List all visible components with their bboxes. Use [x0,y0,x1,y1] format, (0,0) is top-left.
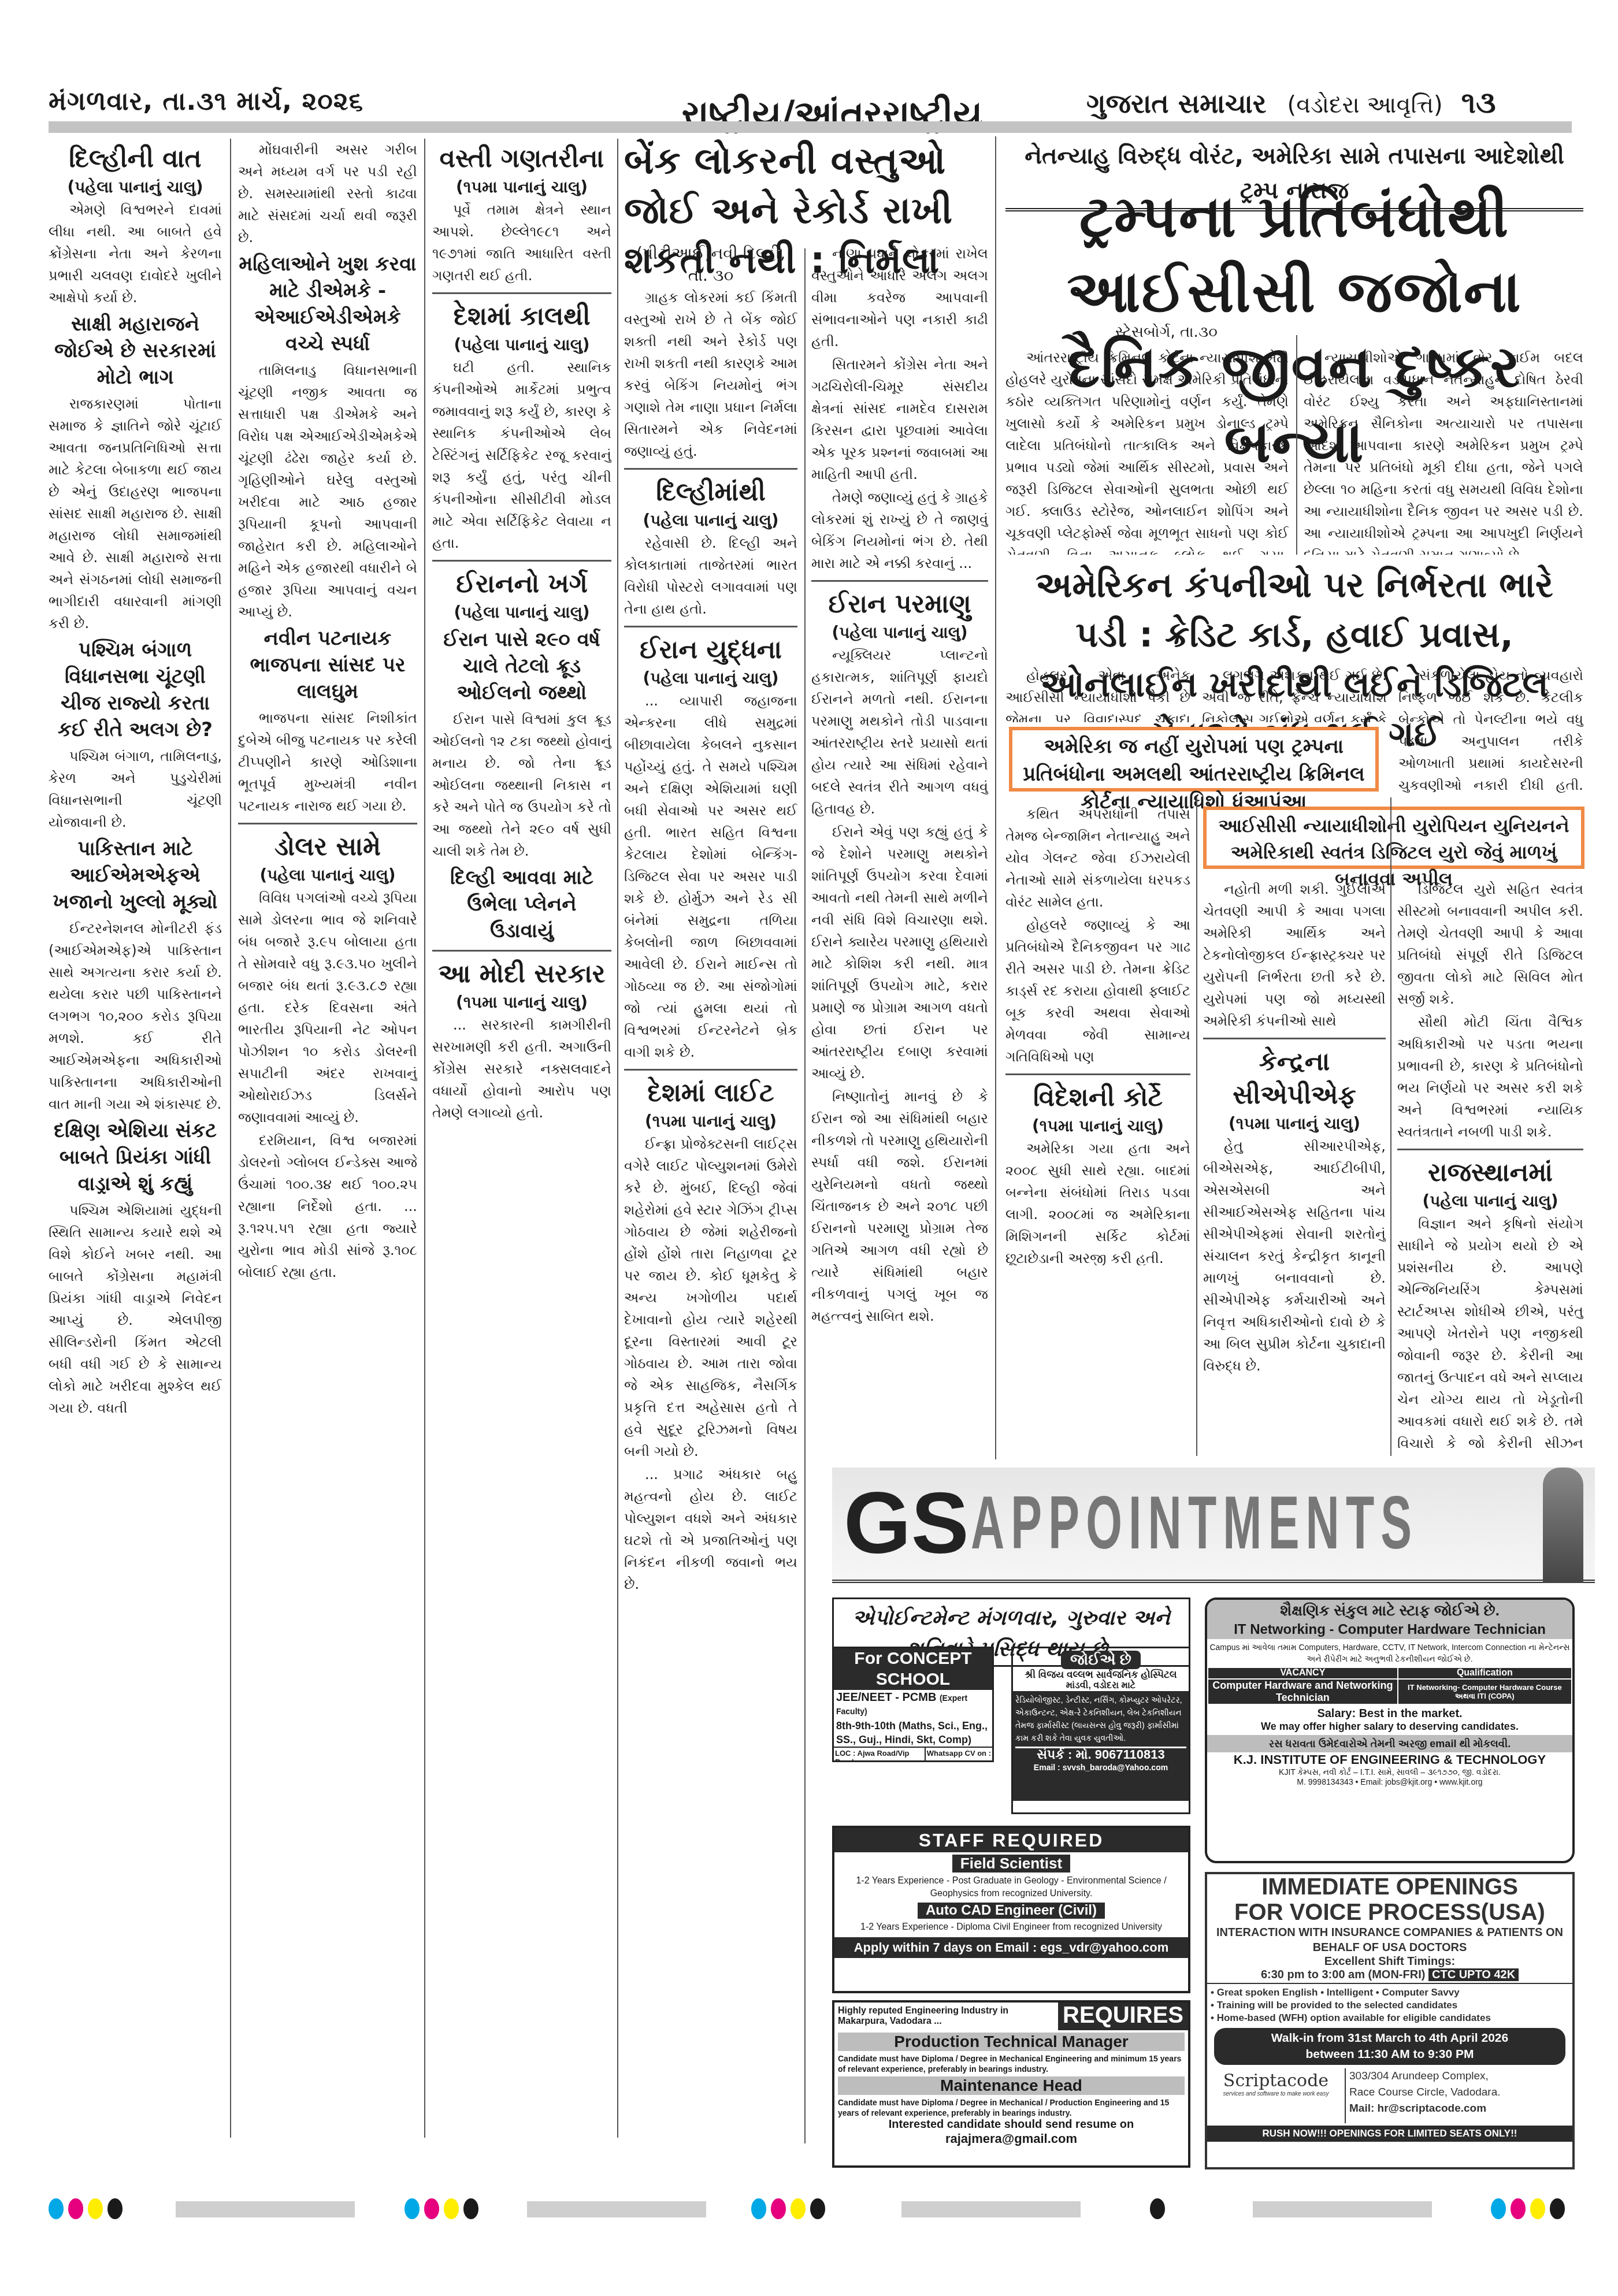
column-rule [1196,797,1197,1456]
paragraph: નાણા પ્રધાને લોકરમાં રાખેલ વસ્તુઓને આધાર… [811,243,988,352]
paragraph: રાજકારણમાં પોતાના સમાજ કે જ્ઞાતિને જોરે … [49,393,222,634]
ad-salary-note: We may offer higher salary to deserving … [1207,1721,1572,1733]
byline: (પીટીઆઈ)નવી દિલ્હી, તા. ૩૦ [624,243,797,287]
icc-col-a: હોહલર એવા અનેક આઈસીસી ન્યાયાધીશો પૈકી છે… [1005,664,1190,722]
registration-bar [901,2201,1081,2217]
ad-email[interactable]: rajajmera@gmail.com [834,2131,1188,2146]
subheading: સાક્ષી મહારાજને જોઈએ છે સરકારમાં મોટો ભા… [49,311,222,391]
walkin-box: Walk-in from 31st March to 4th April 202… [1214,2028,1565,2065]
ad-contact[interactable]: M. 9998134343 • Email: jobs@kjit.org • w… [1207,1777,1572,1786]
paragraph: સૌથી મોટી ચિંતા વૈશ્વિક અધિકારીઓ પર પડતા… [1397,1011,1583,1143]
story-title: વિદેશની કોર્ટે [1005,1081,1190,1114]
ad-title: For CONCEPT SCHOOL [834,1648,992,1690]
paragraph: કથિત અપરાધોની તપાસ તેમજ બેન્જામિન નેતાન્… [1005,803,1190,913]
table-cell: Computer Hardware and Networking Technic… [1208,1679,1398,1704]
ad-title: FOR VOICE PROCESS(USA) [1207,1900,1572,1925]
registration-bar [176,2201,355,2217]
ad-intro: Highly reputed Engineering Industry in M… [834,2003,1058,2030]
ad-whatsapp-label: Whatsapp CV on : [925,1748,992,1762]
job-description: 1-2 Years Experience - Post Graduate in … [834,1875,1188,1900]
icc-col-e: નહોતી મળી શકી. ગુઈલોએ ચેતવણી આપી કે આવા … [1203,878,1386,1456]
continued-label: (પહેલા પાનાનું ચાલુ) [624,667,797,690]
column-rule [995,136,996,1459]
paragraph: એમણે વિશ્વભરને દાવમાં લીધા નથી. આ બાબતે … [49,199,222,309]
ad-ctc: CTC UPTO 42K [1428,1968,1519,1981]
divider [432,292,611,294]
column-rule [1296,335,1297,555]
table-cell: IT Networking- Computer Hardware Course … [1398,1679,1572,1704]
page-number: ૧૩ [1461,86,1496,120]
ad-cta: Interested candidate should send resume … [834,2118,1188,2131]
paragraph: સંકળાયેલા હોય તો વ્યવહારો નિષ્ફળ જઈ શકે … [1398,664,1583,797]
bullet: • Home-based (WFH) option available for … [1211,2012,1569,2024]
scriptacode-ad: IMMEDIATE OPENINGS FOR VOICE PROCESS(USA… [1205,1872,1575,2169]
ad-place: માંડવી, વડોદરા માટે [1013,1681,1189,1691]
paragraph: રહેવાસી છે. દિલ્હી અને કોલકાતામાં તાજેતર… [624,532,797,620]
paragraph: ઈરાન પાસે વિશ્વમાં કુલ ક્રૂડ ઓઈલનો ૧૨ ટક… [432,708,611,862]
ad-email[interactable]: Mail: hr@scriptacode.com [1349,2101,1572,2117]
divider [1397,1149,1583,1150]
table-header: Qualification [1398,1667,1572,1679]
story-title: દિલ્હીમાંથી [624,475,797,509]
continued-label: (૧૫મા પાનાનું ચાલુ) [432,991,611,1014]
ad-org-name: શ્રી વિજય વલ્લભ સાર્વજનિક હોસ્પિટલ [1013,1669,1189,1681]
banner-logo: GS [844,1473,969,1573]
column-rule [230,139,231,2138]
continued-label: (૧૫મા પાનાનું ચાલુ) [624,1110,797,1133]
icc-col-d: કથિત અપરાધોની તપાસ તેમજ બેન્જામિન નેતાન્… [1005,803,1190,1265]
continued-label: (પહેલા પાનાનું ચાલુ) [49,176,222,199]
ad-bullets: • Great spoken English • Intelligent • C… [1207,1984,1572,2027]
continued-label: (પહેલા પાનાનું ચાલુ) [624,509,797,532]
hospital-ad: જોઈએ છે શ્રી વિજય વલ્લભ સાર્વજનિક હોસ્પિ… [1011,1647,1190,1814]
pullquote-digital-euro: આઈસીસી ન્યાયાધીશોની યુરોપિયન યુનિયનને અમ… [1203,807,1584,869]
registration-marks [404,2198,478,2219]
story-title: વસ્તી ગણતરીના [432,142,611,176]
paragraph: વિવિધ પગલાંઓ વચ્ચે રૂપિયા સામે ડોલરના ભા… [238,887,417,1128]
ad-description: Campus માં આવેલા તમામ Computers, Hardwar… [1207,1639,1572,1667]
job-description: 1-2 Years Experience - Diploma Civil Eng… [834,1921,1188,1934]
story-title: ઈરાન પરમાણુ [811,588,988,621]
subheading: દિલ્હી આવવા માટે ઉભેલા પ્લેનને ઉડાવાયું [432,864,611,944]
subheading: ઈરાન પાસે ૨૯૦ વર્ષ ચાલે તેટલો ક્રૂડ ઓઈલન… [432,626,611,706]
paragraph: ... પ્રગાઢ અંધકાર બહુ મહત્વનો હોય છે. લા… [624,1463,797,1595]
paragraph: ... વ્યાપારી જહાજના એન્કરના લીધે સમુદ્રમ… [624,690,797,1063]
ad-org-name: K.J. INSTITUTE OF ENGINEERING & TECHNOLO… [1207,1752,1572,1767]
paragraph: અમેરિકા ગયા હતા અને ૨૦૦૮ સુધી સાથે રહ્યા… [1005,1138,1190,1265]
walkin-dates: Walk-in from 31st March to 4th April 202… [1216,2030,1563,2046]
continued-label: (૧૫મા પાનાનું ચાલુ) [432,176,611,199]
column-2: મોંઘવારીની અસર ગરીબ અને મધ્યમ વર્ગ પર પડ… [238,139,417,2132]
continued-label: (પહેલા પાનાનું ચાલુ) [432,601,611,624]
vacancy-table: VACANCYQualification Computer Hardware a… [1207,1667,1572,1705]
story-title: ડોલર સામે [238,830,417,864]
job-title: Production Technical Manager [838,2033,1185,2051]
masthead: ગુજરાત સમાચાર (વડોદરા આવૃત્તિ) ૧૩ [1086,86,1496,121]
subheading: પાકિસ્તાન માટે આઈએમએફએ ખજાનો ખુલ્લો મૂક્… [49,835,222,915]
story-title: કેન્દ્રના સીએપીએફ [1203,1045,1386,1112]
ad-heading: શૈક્ષણિક સંકુલ માટે સ્ટાફ જોઈએ છે. [1207,1600,1572,1621]
divider [811,580,988,582]
column-rule [804,248,806,2143]
paragraph: વિજ્ઞાન અને કૃષિનો સંયોગ સાધીને જે પ્રયો… [1397,1213,1583,1456]
paragraph: ... સરકારની કામગીરીની સરખામણી કરી હતી. અ… [432,1014,611,1124]
paragraph: ઈન્ટરનેશનલ મોનીટરી ફંડ (આઈએમએફ)એ પાકિસ્ત… [49,917,222,1115]
icc-col-c: સંકળાયેલા હોય તો વ્યવહારો નિષ્ફળ જઈ શકે … [1398,664,1583,797]
ad-shift: 6:30 pm to 3:00 am (MON-FRI) [1261,1968,1425,1981]
paragraph: તેમણે જણાવ્યું હતું કે ગ્રાહકે લોકરમાં શ… [811,486,988,574]
ad-location: LOC : Ajwa Road/Vip Road [834,1748,925,1762]
story-title: દિલ્હીની વાત [49,142,222,176]
subheading: પશ્ચિમ બંગાળ વિધાનસભા ચૂંટણી ચીજ રાજ્યો … [49,637,222,743]
column-5: (પીટીઆઈ)નવી દિલ્હી, તા. ૩૦ ગ્રાહક લોકરમા… [624,243,797,2149]
paragraph: સિતારમને કોંગ્રેસ નેતા અને ગઢચિરોલી-ચિમૂ… [811,354,988,485]
paper-name: ગુજરાત સમાચાર [1086,88,1267,119]
ad-email[interactable]: Email : svvsh_baroda@Yahoo.com [1015,1761,1186,1774]
column-3: વસ્તી ગણતરીના (૧૫મા પાનાનું ચાલુ) પૂર્વે… [432,139,611,2132]
icc-col-b: લગભગ અશક્ય થઈ ગઈ છે. એવી જ રીતે, ફ્રેન્ચ… [1202,664,1387,722]
paragraph: તામિલનાડુ વિધાનસભાની ચૂંટણી નજીક આવતા જ … [238,359,417,623]
ad-apply: રસ ધરાવતા ઉમેદવારોએ તેમની અરજી email થી … [1207,1735,1572,1752]
paragraph: મોંઘવારીની અસર ગરીબ અને મધ્યમ વર્ગ પર પડ… [238,139,417,248]
ad-footer: RUSH NOW!!! OPENINGS FOR LIMITED SEATS O… [1207,2126,1572,2142]
registration-marks [49,2198,123,2219]
subheading: નવીન પટનાયક ભાજપના સાંસદ પર લાલઘુમ [238,625,417,705]
icc-dateline: સ્ટ્રેસબોર્ગ, તા.૩૦ [1115,324,1218,341]
divider [624,468,797,470]
registration-marks [1150,2198,1165,2219]
ad-contact[interactable]: સંપર્ક : મો. 9067110813 [1015,1747,1186,1761]
paragraph: દરમિયાન, વિશ્વ બજારમાં ડોલરનો ગ્લોબલ ઈન્… [238,1130,417,1283]
ad-role: IT Networking - Computer Hardware Techni… [1207,1621,1572,1639]
requires-ad: Highly reputed Engineering Industry in M… [832,2000,1190,2168]
divider [238,823,417,824]
logo-tagline: services and software to make work easy [1209,2091,1342,2097]
divider [624,1069,797,1071]
receptionist-illustration-icon [1543,1467,1583,1583]
registration-marks [1491,2198,1565,2219]
story-title: ઈરાનનો ખર્ગ [432,567,611,601]
job-description: Candidate must have Diploma / Degree in … [834,2053,1188,2074]
apply-email[interactable]: Apply within 7 days on Email : egs_vdr@y… [834,1937,1188,1958]
story-title: રાજસ્થાનમાં [1397,1156,1583,1190]
paragraph: ન્યાયાધીશોએ ગાઝામાં વોર ક્રાઈમ બદલ ઈઝરાય… [1304,347,1583,555]
continued-label: (પહેલા પાનાનું ચાલુ) [1397,1190,1583,1213]
paragraph: લગભગ અશક્ય થઈ ગઈ છે. એવી જ રીતે, ફ્રેન્ચ… [1202,664,1387,722]
paragraph: ઈરાને એવું પણ કહ્યું હતું કે જે દેશોને પ… [811,821,988,1084]
job-title: Field Scientist [952,1855,1070,1873]
registration-marks [751,2198,825,2219]
ad-badge: જોઈએ છે [1061,1651,1141,1669]
story-title: ઈરાન યુદ્ધના [624,633,797,667]
divider [432,950,611,952]
job-subtitle: (Civil) [1058,1903,1097,1918]
paragraph: ડિજિટલ યુરો સહિત સ્વતંત્ર સીસ્ટમો બનાવવા… [1397,878,1583,1010]
continued-label: (પહેલા પાનાનું ચાલુ) [238,864,417,887]
paragraph: ગ્રાહક લોકરમાં કઈ કિંમતી વસ્તુઓ રાખે છે … [624,287,797,462]
ad-address: KJIT કેમ્પસ, નવી કોર્ટ – I.T.I. સામે, સા… [1207,1767,1572,1777]
continued-label: (૧૫મા પાનાનું ચાલુ) [1005,1114,1190,1138]
bullet: • Great spoken English • Intelligent • C… [1211,1986,1569,1999]
walkin-time: between 11:30 AM to 9:30 PM [1216,2046,1563,2063]
ad-line: 8th-9th-10th (Maths, Sci., Eng., SS., Gu… [834,1719,992,1747]
subheading: મહિલાઓને ખુશ કરવા માટે ડીએમકે - એઆઈએડીએમ… [238,251,417,357]
paragraph: ઈન્ફ્રા પ્રોજેક્ટસની લાઈટ્સ વગેરે લાઈટ પ… [624,1133,797,1462]
bullet: • Training will be provided to the selec… [1211,1999,1569,2012]
continued-label: (પહેલા પાનાનું ચાલુ) [811,621,988,644]
ad-roles-block: રેડિયોલોજીસ્ટ, ડેન્ટીસ્ટ, નર્સિંગ, કોમ્પ… [1013,1691,1189,1801]
ad-address: 303/304 Arundeep Complex, [1349,2068,1572,2085]
registration-bar [527,2201,706,2217]
ad-roles: રેડિયોલોજીસ્ટ, ડેન્ટીસ્ટ, નર્સિંગ, કોમ્પ… [1015,1693,1186,1744]
paragraph: હેતુ સીઆરપીએફ, બીએસએફ, આઈટીબીપી, એસએસબી … [1203,1135,1386,1377]
staff-required-ad: STAFF REQUIRED Field Scientist 1-2 Years… [832,1826,1190,1993]
concept-school-ad: For CONCEPT SCHOOL JEE/NEET - PCMB (Expe… [832,1647,994,1762]
paragraph: ઘટી હતી. સ્થાનિક કંપનીઓએ માર્કેટમાં પ્રભ… [432,356,611,554]
kjit-ad: શૈક્ષણિક સંકુલ માટે સ્ટાફ જોઈએ છે. IT Ne… [1205,1597,1575,1863]
job-description: Candidate must have Diploma / Degree in … [834,2097,1188,2118]
story-title: આ મોદી સરકાર [432,957,611,991]
subheading: દક્ષિણ એશિયા સંકટ બાબતે પ્રિયંકા ગાંધી વ… [49,1117,222,1197]
ad-shift-label: Excellent Shift Timings: [1207,1955,1572,1968]
paragraph: નિષ્ણાતોનું માનવું છે કે ઈરાન જો આ સંધિમ… [811,1086,988,1327]
header-rule [49,121,1572,133]
column-6: નાણા પ્રધાને લોકરમાં રાખેલ વસ્તુઓને આધાર… [811,243,988,1456]
paragraph: નહોતી મળી શકી. ગુઈલોએ ચેતવણી આપી કે આવા … [1203,878,1386,1032]
divider [624,626,797,627]
paragraph: પૂર્વે તમામ ક્ષેત્રને સ્થાન આપશે. છેલ્લે… [432,199,611,287]
continued-label: (પહેલા પાનાનું ચાલુ) [432,333,611,356]
ad-title: IMMEDIATE OPENINGS [1207,1874,1572,1900]
divider [432,560,611,562]
column-rule [424,139,425,2138]
column-rule [617,139,618,2138]
ad-subtitle: INTERACTION WITH INSURANCE COMPANIES & P… [1207,1925,1572,1955]
paragraph: પશ્ચિમ બંગાળ, તામિલનાડુ, કેરળ અને પુડુચે… [49,745,222,833]
pullquote-europe: અમેરિકા જ નહીં યુરોપમાં પણ ટ્રમ્પના પ્રત… [1009,727,1379,792]
ad-line: JEE/NEET - PCMB [836,1691,936,1704]
story-title: દેશમાં લાઈટ [624,1076,797,1110]
column-rule [1390,797,1391,1456]
icc-text-right: ન્યાયાધીશોએ ગાઝામાં વોર ક્રાઈમ બદલ ઈઝરાય… [1304,347,1583,555]
scriptacode-logo: Scriptacode [1209,2071,1342,2091]
job-title: Maintenance Head [838,2076,1185,2095]
ad-badge: REQUIRES [1058,2003,1188,2030]
banner-title: APPOINTMENTS [971,1479,1418,1566]
job-title: Auto CAD Engineer [926,1903,1055,1918]
registration-bar [1253,2201,1432,2217]
paragraph: હોહલર એવા અનેક આઈસીસી ન્યાયાધીશો પૈકી છે… [1005,664,1190,722]
divider [1203,1038,1386,1039]
paragraph: પશ્ચિમ એશિયામાં યુદ્ધની સ્થિતિ સામાન્ય ક… [49,1199,222,1419]
icc-text-left: આંતરરાષ્ટ્રીય ક્રિમિનલ કોર્ટના ન્યાયાધીશ… [1005,347,1289,555]
edition: (વડોદરા આવૃત્તિ) [1287,92,1443,118]
icc-col-f: ડિજિટલ યુરો સહિત સ્વતંત્ર સીસ્ટમો બનાવવા… [1397,878,1583,1456]
column-delhi-vaat: દિલ્હીની વાત (પહેલા પાનાનું ચાલુ) એમણે વ… [49,139,222,2132]
gs-appointments-banner: GS APPOINTMENTS [832,1467,1595,1583]
paragraph: આંતરરાષ્ટ્રીય ક્રિમિનલ કોર્ટના ન્યાયાધીશ… [1005,347,1289,555]
ad-address: Race Course Circle, Vadodara. [1349,2085,1572,2101]
issue-date: મંગળવાર, તા.૩૧ માર્ચ, ૨૦૨૬ [49,87,363,116]
table-header: VACANCY [1208,1667,1398,1679]
continued-label: (૧૫મા પાનાનું ચાલુ) [1203,1112,1386,1135]
paragraph: હોહલરે જણાવ્યું કે આ પ્રતિબંધોએ દૈનિકજીવ… [1005,914,1190,1068]
story-title: દેશમાં કાલથી [432,300,611,333]
paragraph: ન્યૂક્લિયર પ્લાન્ટનો હકારાત્મક, શાંતિપૂર… [811,644,988,820]
ad-title: STAFF REQUIRED [834,1828,1188,1852]
divider [1005,1073,1190,1075]
ad-salary: Salary: Best in the market. [1207,1707,1572,1721]
paragraph: ભાજપના સાંસદ નિશીકાંત દુબેએ બીજુ પટનાયક … [238,707,417,817]
